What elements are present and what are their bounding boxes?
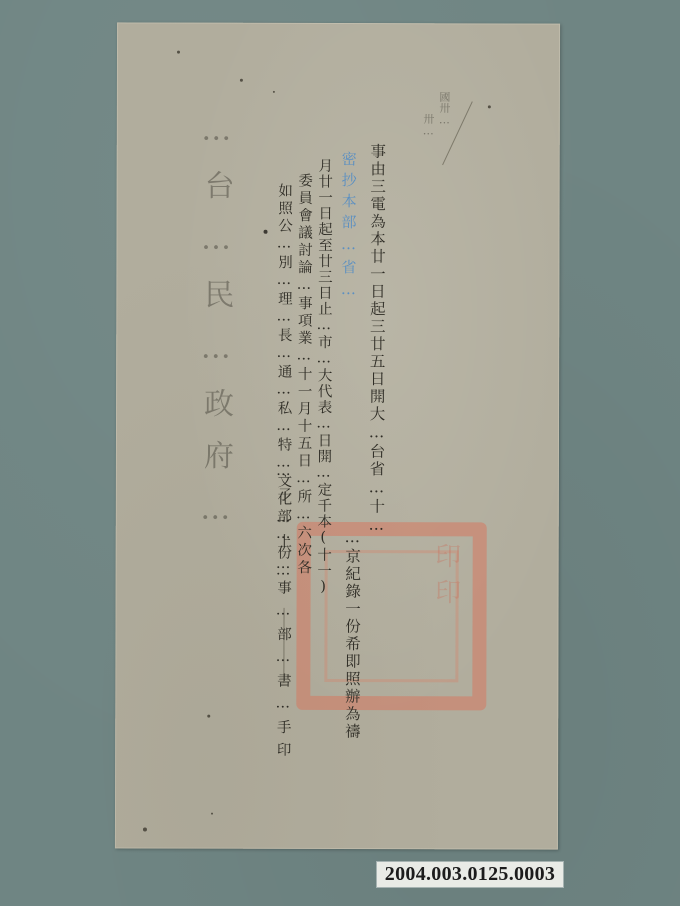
ink-speck <box>143 827 147 831</box>
top-right-note-2: 卅… <box>423 113 434 137</box>
seal-glyphs: 印印 <box>428 542 465 614</box>
ink-speck <box>207 715 210 718</box>
text-column-5: 委員會議討論…事項業…十一月十五日…所…六次各 <box>296 173 312 577</box>
catalog-number: 2004.003.0125.0003 <box>385 863 555 886</box>
text-column-3-blue: 密抄本部…省… <box>340 151 355 304</box>
ink-speck <box>488 105 491 108</box>
document-paper: 印印 國卅… 卅… 事由三電為本廿一日起三廿五日開大…台省…十… …京紀錄一份希… <box>115 22 560 849</box>
text-column-1: 事由三電為本廿一日起三廿五日開大…台省…十… <box>368 143 385 536</box>
text-column-7-signature: …子…上…事…部…書…手印 <box>275 463 290 765</box>
ink-speck <box>264 230 268 234</box>
top-right-note: 國卅… <box>439 91 450 126</box>
ink-speck <box>240 79 243 82</box>
text-column-4: 月廿一日起至廿三日止…市…大代表…日開…定千本(十一) <box>316 158 332 596</box>
ink-speck <box>177 51 180 54</box>
text-column-2: …京紀錄一份希即照辦為禱 <box>343 528 359 741</box>
ink-speck <box>211 813 213 815</box>
catalog-number-label: 2004.003.0125.0003 <box>377 862 563 887</box>
ink-speck <box>273 91 275 93</box>
text-column-8-faint: …台…民…政府… <box>200 113 231 549</box>
